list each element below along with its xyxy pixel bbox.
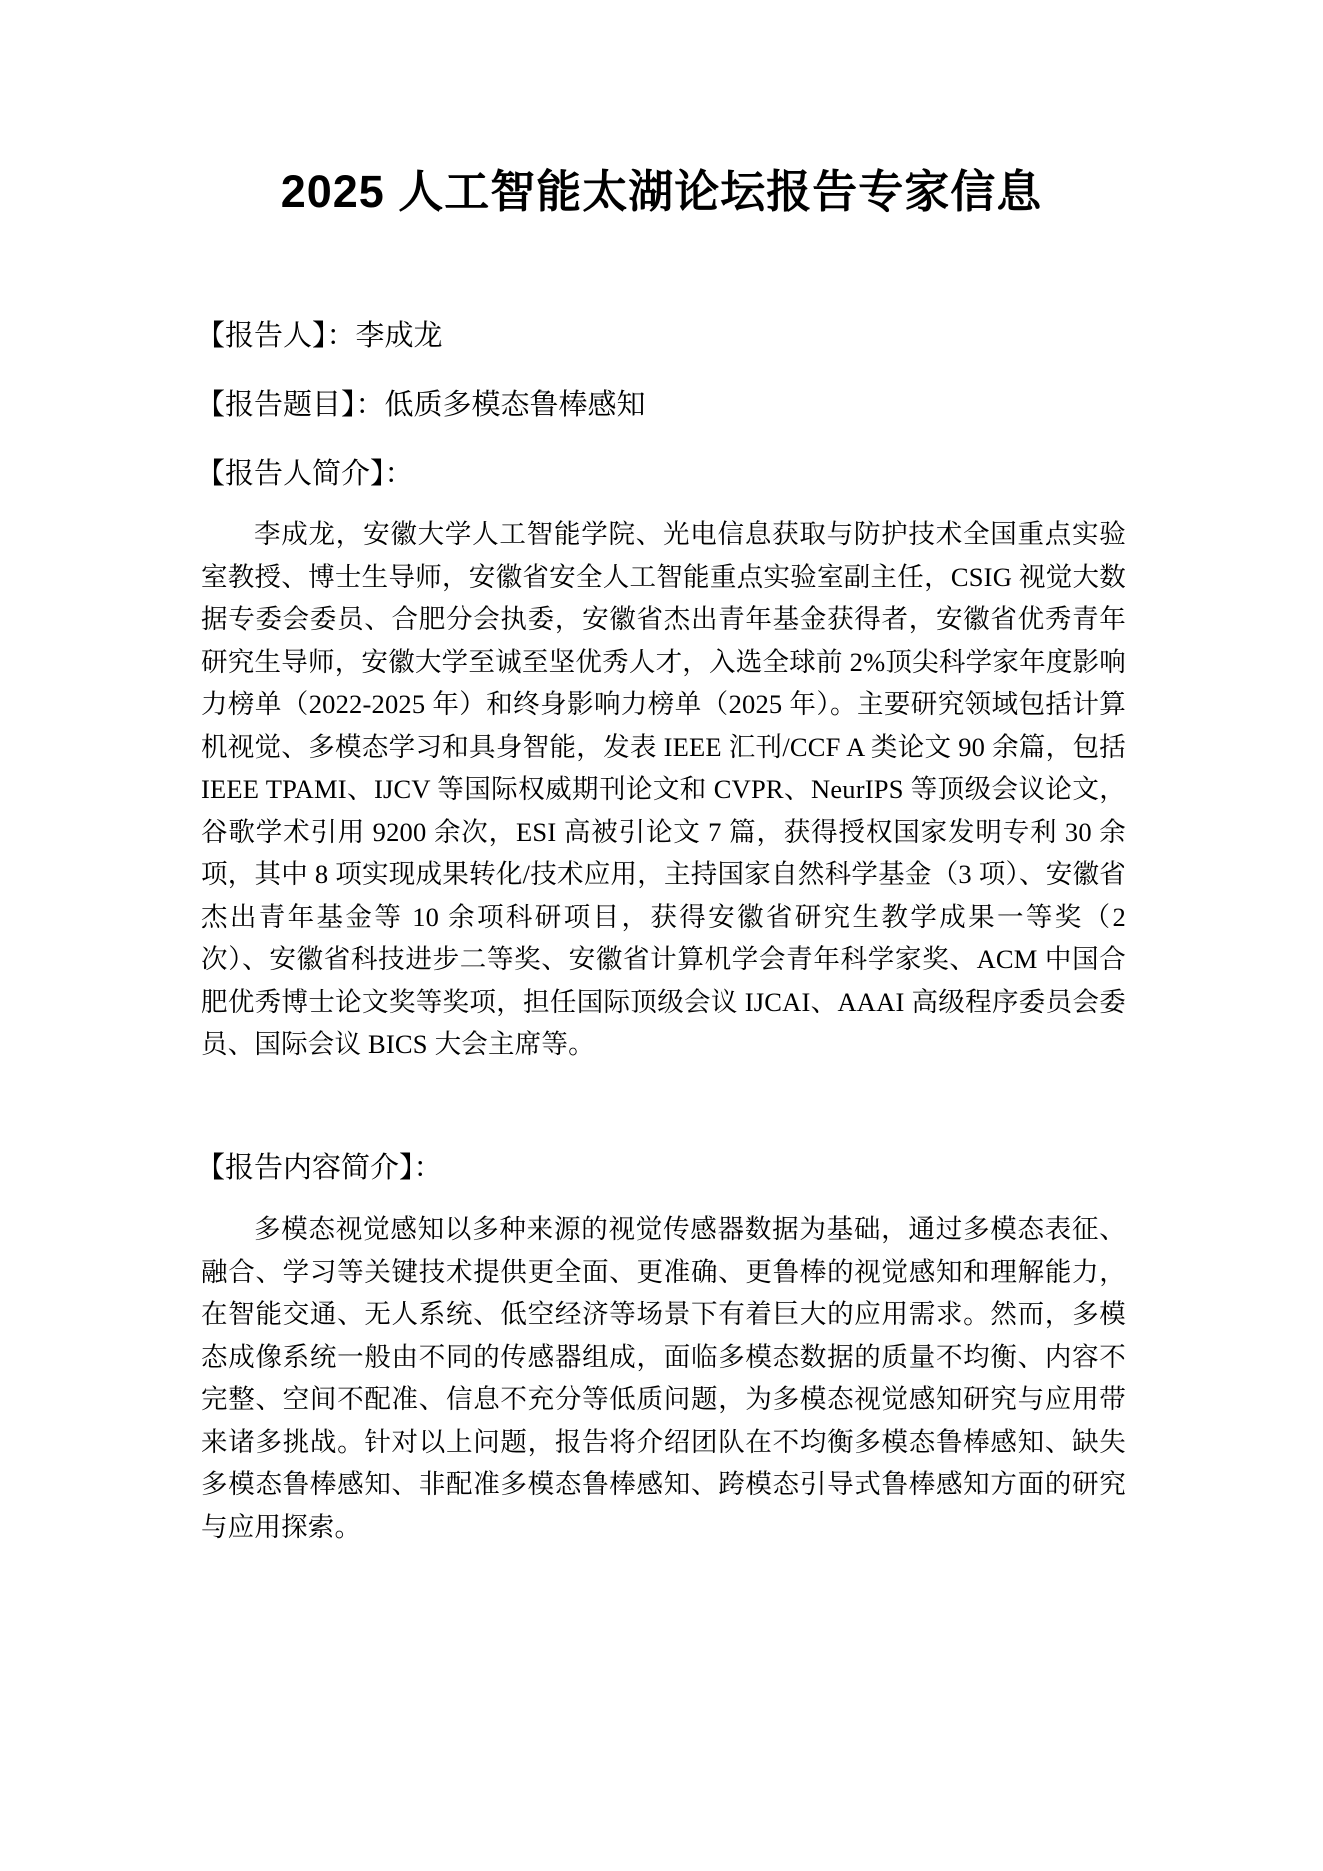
abstract-label: 【报告内容简介】：: [196, 1152, 443, 1184]
abstract-paragraph: 多模态视觉感知以多种来源的视觉传感器数据为基础，通过多模态表征、融合、学习等关键…: [201, 1208, 1126, 1548]
document-title: 2025 人工智能太湖论坛报告专家信息: [0, 162, 1323, 222]
speaker-name: 李成龙: [356, 320, 443, 352]
speaker-field: 【报告人】：李成龙: [196, 316, 443, 356]
speaker-label: 【报告人】：: [196, 320, 356, 352]
talk-title-label: 【报告题目】：: [196, 389, 385, 421]
document-page: 2025 人工智能太湖论坛报告专家信息 【报告人】：李成龙 【报告题目】：低质多…: [0, 0, 1323, 1871]
abstract-heading: 【报告内容简介】：: [196, 1148, 443, 1188]
talk-title-value: 低质多模态鲁棒感知: [385, 389, 646, 421]
bio-label: 【报告人简介】：: [196, 458, 414, 490]
bio-heading: 【报告人简介】：: [196, 454, 414, 494]
bio-paragraph: 李成龙，安徽大学人工智能学院、光电信息获取与防护技术全国重点实验室教授、博士生导…: [201, 513, 1126, 1066]
talk-title-field: 【报告题目】：低质多模态鲁棒感知: [196, 385, 646, 425]
